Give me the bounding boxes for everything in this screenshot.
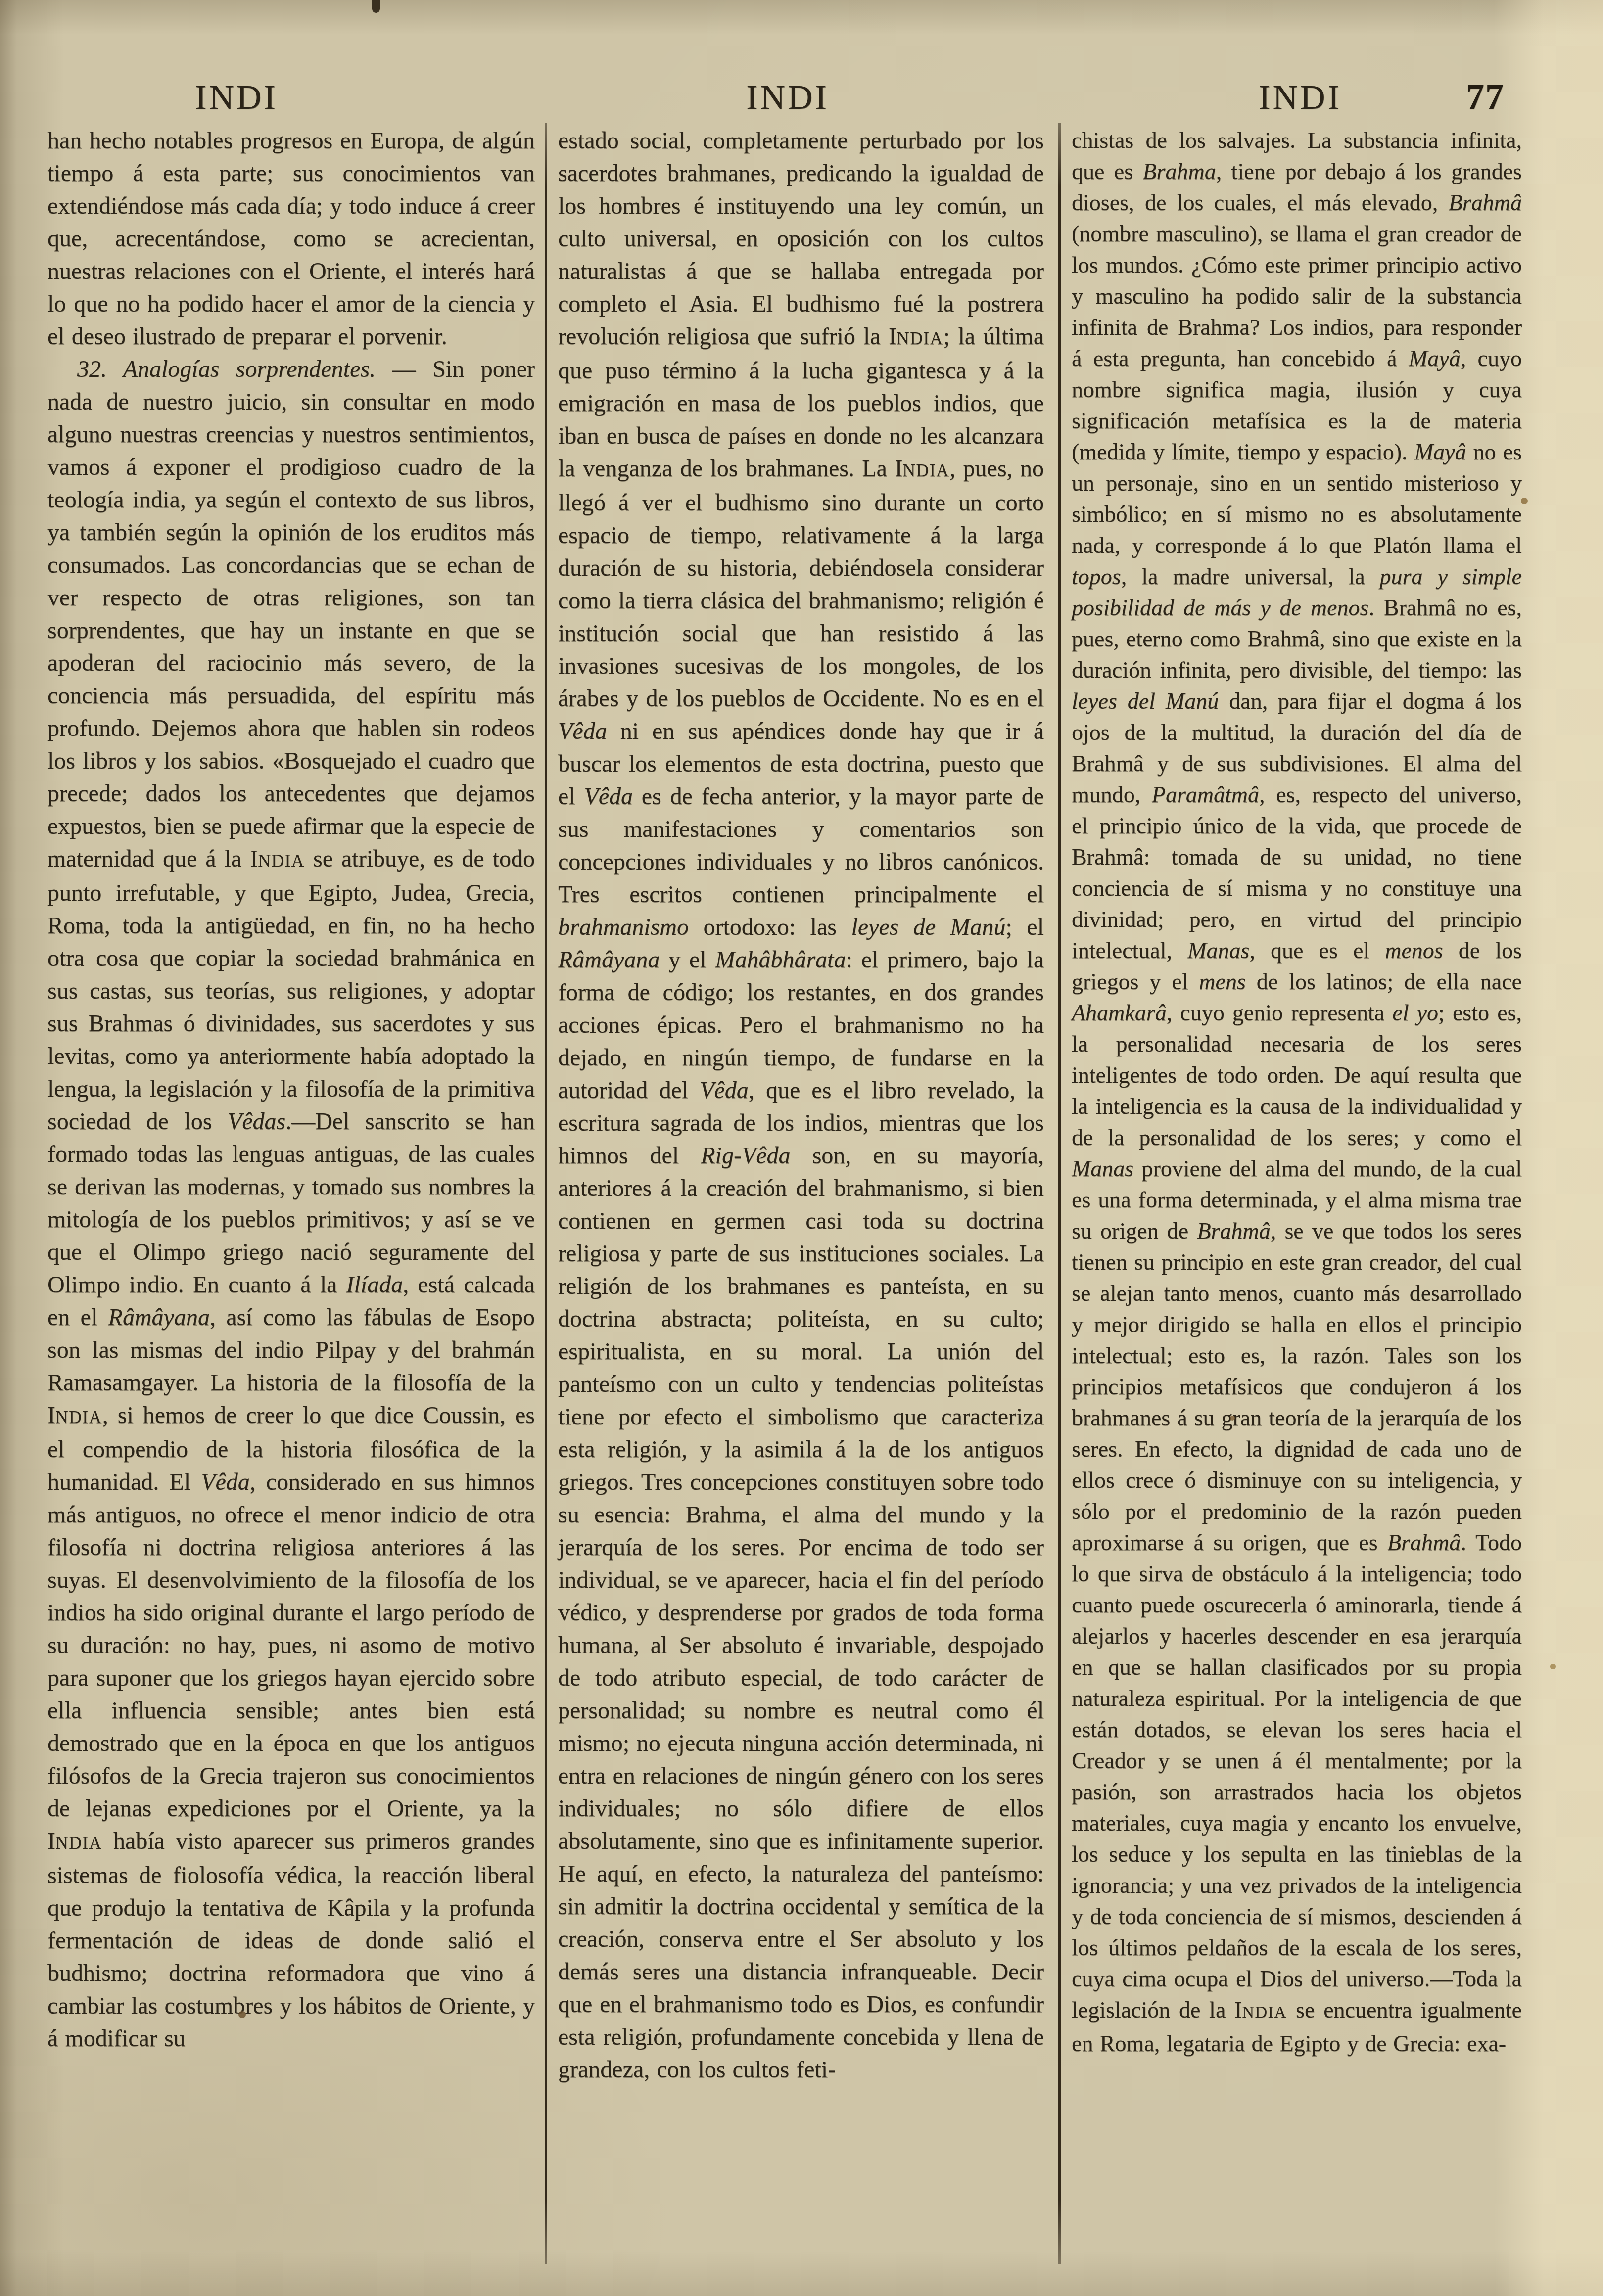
text-run: Vêda [584,783,633,810]
text-run: el yo [1392,1000,1438,1025]
text-run: Râmâyana [558,947,660,973]
text-column-3: chistas de los salvajes. La substancia i… [1072,125,1522,2059]
paper-speck [238,2011,246,2018]
paragraph: chistas de los salvajes. La substancia i… [1072,125,1522,2059]
paragraph: estado social, completamente perturbado … [558,125,1044,2086]
text-run: INDIA [889,323,943,350]
text-run: estado social, completamente perturbado … [558,128,1044,350]
text-run: Ilíada [346,1272,403,1298]
page-number: 77 [1466,76,1505,118]
text-run: , cuyo genio representa [1167,1000,1393,1025]
text-run: son, en su mayoría, anteriores á la crea… [558,1143,1044,2083]
text-run: leyes del Manú [1072,689,1219,714]
text-run: mens [1199,969,1246,994]
text-run: INDIA [895,456,949,482]
text-column-2: estado social, completamente perturbado … [558,125,1044,2086]
text-run: había visto aparecer sus primeros grande… [47,1828,535,2052]
text-run: INDIA [47,1402,102,1428]
text-run: Vêda [201,1469,250,1495]
text-run: de los latinos; de ella nace [1246,969,1522,994]
column-rule-1 [545,123,547,2264]
text-run: Brahma [1143,159,1216,184]
paper-speck [372,0,380,13]
text-run: han hecho notables progresos en Europa, … [47,128,535,350]
text-run: Brahmâ [1387,1530,1461,1555]
text-run: Râmâyana [108,1304,210,1331]
text-run: Mayâ [1414,439,1466,464]
text-run: — Sin poner nada de nuestro juicio, sin … [47,356,535,872]
text-run: , considerado en sus himnos más antiguos… [47,1469,535,1822]
paragraph: han hecho notables progresos en Europa, … [47,125,535,353]
text-run: leyes de Manú [851,914,1005,940]
text-run: Mayâ [1409,346,1461,371]
text-run: Paramâtmâ [1152,782,1259,807]
text-run: Vêda [700,1077,749,1103]
text-run: Vêdas [228,1108,285,1135]
scanned-book-page: INDI INDI INDI 77 han hecho notables pro… [0,0,1603,2296]
paragraph: 32. Analogías sorprendentes. — Sin poner… [47,353,535,2055]
text-run: Brahmâ [1197,1218,1270,1243]
text-run: y el [660,947,715,973]
text-run: ; el [1006,914,1044,940]
text-run: .—Del sanscrito se han formado todas las… [47,1108,535,1298]
running-head-col1: INDI [195,78,278,118]
text-run: Manas [1187,938,1249,963]
text-run: INDIA [250,846,305,872]
text-run: Rig-Vêda [701,1143,790,1169]
paper-speck [1521,498,1528,504]
text-run: menos [1385,938,1443,963]
text-run: 32. Analogías sorprendentes. [77,356,376,382]
text-run: . Todo lo que sirva de obstáculo á la in… [1072,1530,1522,2022]
text-run: , se ve que todos los seres tienen su pr… [1072,1218,1522,1555]
text-run: ortodoxo: las [689,914,851,940]
text-run: Brahmâ [1449,190,1522,215]
text-run: , la madre universal, la [1121,564,1380,589]
text-run: INDIA [47,1828,102,1854]
text-run: INDIA [1234,1997,1287,2022]
column-rule-2 [1058,123,1061,2264]
text-run: , pues, no llegó á ver el budhismo sino … [558,456,1044,712]
running-head-col3: INDI [1259,78,1342,118]
paper-speck [1230,1416,1235,1421]
text-run: brahmanismo [558,914,689,940]
text-run: Vêda [558,718,607,744]
text-run: topos [1072,564,1121,589]
text-run: se atribuye, es de todo punto irrefutabl… [47,846,535,1135]
text-run: Ahamkarâ [1072,1000,1167,1025]
text-run: Manas [1072,1156,1133,1181]
text-run: , es, respecto del universo, el principi… [1072,782,1522,963]
text-run: Mahâbhârata [715,947,846,973]
text-column-1: han hecho notables progresos en Europa, … [47,125,535,2055]
paper-speck [1550,1664,1556,1669]
running-head-col2: INDI [746,78,829,118]
text-run: , que es el [1249,938,1385,963]
